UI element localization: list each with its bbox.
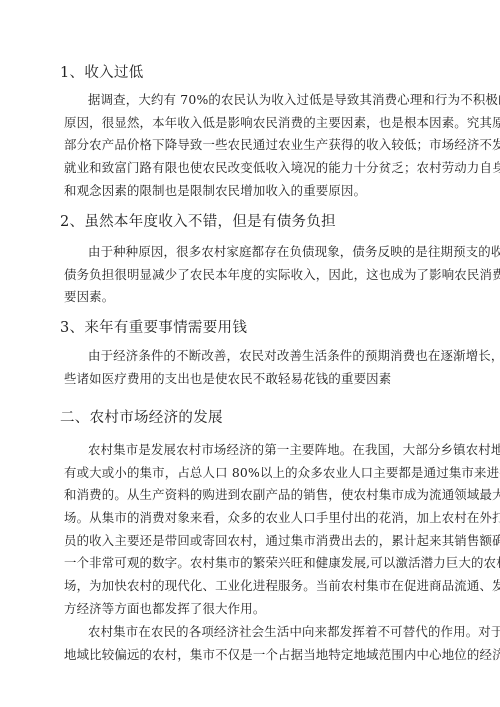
text-line: 员的收入主要还是带回或寄回农村，通过集市消费出去的，累计起来其销售额确实是 xyxy=(64,530,438,553)
paragraph-debt-burden: 由于种种原因，很多农村家庭都存在负债现象，债务反映的是往期预支的收入， 债务负担… xyxy=(64,241,438,309)
text-line: 些诸如医疗费用的支出也是使农民不敢轻易花钱的重要因素 xyxy=(64,368,438,391)
text-line: 地域比较偏远的农村，集市不仅是一个占据当地特定地域范围内中心地位的经济活动 xyxy=(64,644,438,667)
text-line: 原因，很显然，本年收入低是影响农民消费的主要因素，也是根本因素。究其原因， xyxy=(64,112,438,135)
paragraph-future-expenses: 由于经济条件的不断改善，农民对改善生活条件的预期消费也在逐渐增长，而一 些诸如医… xyxy=(64,345,438,390)
text-line: 要因素。 xyxy=(64,286,438,309)
section-heading-rural-market: 二、农村市场经济的发展 xyxy=(60,409,223,427)
text-line: 由于种种原因，很多农村家庭都存在负债现象，债务反映的是往期预支的收入， xyxy=(64,241,438,264)
text-line: 农村集市是发展农村市场经济的第一主要阵地。在我国，大部分乡镇农村地区都 xyxy=(64,439,438,462)
section-heading-income-low: 1、收入过低 xyxy=(60,64,144,82)
paragraph-rural-market-2: 农村集市在农民的各项经济社会生活中向来都发挥着不可替代的作用。对于所处 地域比较… xyxy=(64,621,438,666)
text-line: 由于经济条件的不断改善，农民对改善生活条件的预期消费也在逐渐增长，而一 xyxy=(64,345,438,368)
text-line: 债务负担很明显减少了农民本年度的实际收入，因此，这也成为了影响农民消费的重 xyxy=(64,264,438,287)
paragraph-income-low: 据调查，大约有 70%的农民认为收入过低是导致其消费心理和行为不积极的主要 原因… xyxy=(64,89,438,202)
paragraph-rural-market-1: 农村集市是发展农村市场经济的第一主要阵地。在我国，大部分乡镇农村地区都 有或大或… xyxy=(64,439,438,621)
text-line: 部分农产品价格下降导致一些农民通过农业生产获得的收入较低；市场经济不发达， xyxy=(64,134,438,157)
text-line: 一个非常可观的数字。农村集市的繁荣兴旺和健康发展,可以激活潜力巨大的农村市 xyxy=(64,552,438,575)
text-line: 和观念因素的限制也是限制农民增加收入的重要原因。 xyxy=(64,180,438,203)
text-line: 有或大或小的集市，占总人口 80%以上的众多农业人口主要都是通过集市来进行交易 xyxy=(64,462,438,485)
text-line: 就业和致富门路有限也使农民改变低收入境况的能力十分贫乏；农村劳动力自身文化 xyxy=(64,157,438,180)
text-line: 据调查，大约有 70%的农民认为收入过低是导致其消费心理和行为不积极的主要 xyxy=(64,89,438,112)
text-line: 和消费的。从生产资料的购进到农副产品的销售，使农村集市成为流通领域最大的市 xyxy=(64,484,438,507)
section-heading-debt-burden: 2、虽然本年度收入不错，但是有债务负担 xyxy=(60,213,336,231)
document-page: 1、收入过低 据调查，大约有 70%的农民认为收入过低是导致其消费心理和行为不积… xyxy=(0,0,500,707)
text-line: 场，为加快农村的现代化、工业化进程服务。当前农村集市在促进商品流通、发展地 xyxy=(64,575,438,598)
section-heading-future-expenses: 3、来年有重要事情需要用钱 xyxy=(60,319,247,337)
text-line: 场。从集市的消费对象来看，众多的农业人口手里付出的花消，加上农村在外打工人 xyxy=(64,507,438,530)
text-line: 农村集市在农民的各项经济社会生活中向来都发挥着不可替代的作用。对于所处 xyxy=(64,621,438,644)
text-line: 方经济等方面也都发挥了很大作用。 xyxy=(64,598,438,621)
